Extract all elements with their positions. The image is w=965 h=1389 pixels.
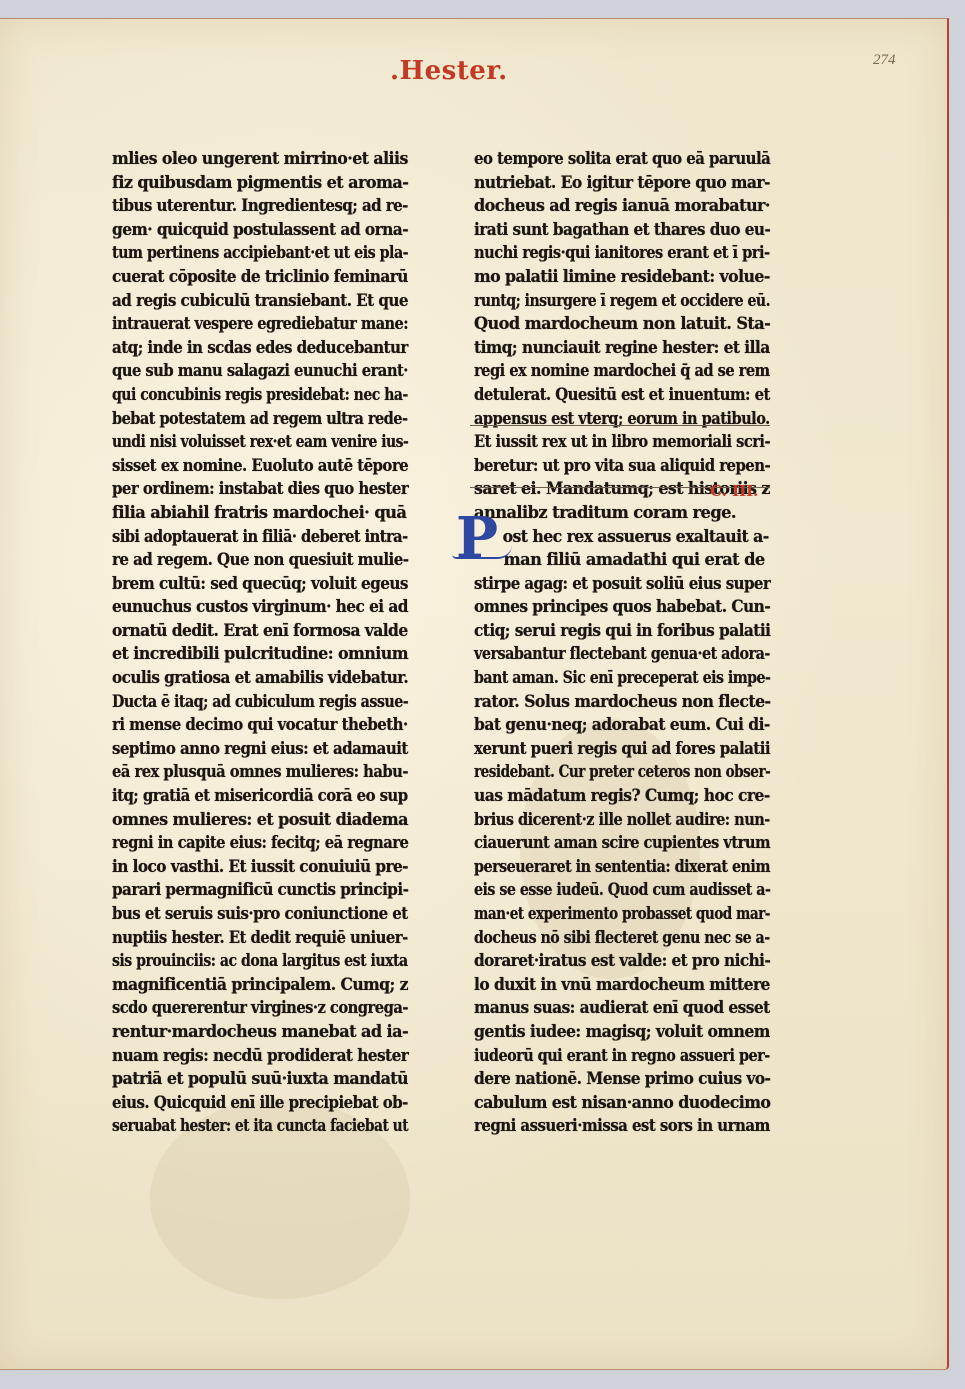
text-line: intrauerat vespere egrediebatur mane:: [112, 312, 375, 336]
text-line: docheus ad regis ianuā morabatur·: [474, 194, 766, 218]
text-line: man·et experimento probasset quod mar-: [474, 902, 721, 926]
text-line: ornatū dedit. Erat enī formosa valde: [112, 619, 394, 643]
text-line: residebant. Cur preter ceteros non obser…: [474, 760, 721, 784]
text-line: nuam regis: necdū prodiderat hester: [112, 1044, 390, 1068]
text-line: rentur·mardocheus manebat ad ia-: [112, 1020, 405, 1044]
text-line: eunuchus custos virginum· hec ei ad: [112, 595, 391, 619]
text-line: filia abiahil fratris mardochei· quā: [112, 501, 408, 525]
text-line: fiz quibusdam pigmentis et aroma-: [112, 171, 404, 195]
initial-flourish: [452, 545, 512, 559]
text-line: itq; gratiā et misericordiā corā eo sup: [112, 784, 383, 808]
text-line: stirpe agag: et posuit soliū eius super: [474, 572, 746, 596]
left-text-column: mlies oleo ungerent mirrino·et aliisfiz …: [112, 147, 412, 1138]
text-line: lo duxit in vnū mardocheum mittere: [474, 973, 756, 997]
text-line: doraret·iratus est valde: et pro nichi-: [474, 949, 752, 973]
text-line: undi nisi voluisset rex·et eam venire iu…: [112, 430, 366, 454]
right-text-column: eo tempore solita erat quo eā paruulānut…: [474, 147, 774, 1138]
text-line: re ad regem. Que non quesiuit mulie-: [112, 548, 385, 572]
text-line: eo tempore solita erat quo eā paruulā: [474, 147, 746, 171]
text-line: brem cultū: sed quecūq; voluit egeus: [112, 572, 389, 596]
text-line: appensus est vterq; eorum in patibulo.: [474, 407, 739, 431]
text-line: ad regis cubiculū transiebant. Et que: [112, 289, 388, 313]
text-line: ost hec rex assuerus exaltauit a-: [474, 525, 760, 549]
text-line: bant aman. Sic enī preceperat eis impe-: [474, 666, 731, 690]
text-line: patriā et populū suū·iuxta mandatū: [112, 1067, 400, 1091]
text-line: versabantur flectebant genua·et adora-: [474, 642, 735, 666]
text-line: gentis iudee: magisq; voluit omnem: [474, 1020, 760, 1044]
running-head: .Hester.: [390, 56, 508, 86]
text-line: rator. Solus mardocheus non flecte-: [474, 690, 761, 714]
text-line: dere nationē. Mense primo cuius vo-: [474, 1067, 754, 1091]
text-line: mo palatii limine residebant: volue-: [474, 265, 761, 289]
text-line: bebat potestatem ad regem ultra rede-: [112, 407, 375, 431]
text-line: nuchi regis·qui ianitores erant et ī pri…: [474, 241, 740, 265]
text-line: et incredibili pulcritudine: omnium: [112, 642, 401, 666]
text-line: sibi adoptauerat in filiā· deberet intra…: [112, 525, 378, 549]
text-line: regni in capite eius: fecitq; eā regnare: [112, 831, 380, 855]
text-line: parari permagnificū cunctis principi-: [112, 878, 388, 902]
text-line: eā rex plusquā omnes mulieres: habu-: [112, 760, 380, 784]
text-line: regni assueri·missa est sors in urnam: [474, 1114, 746, 1138]
text-line: eis se esse iudeū. Quod cum audisset a-: [474, 878, 733, 902]
text-line: Quod mardocheum non latuit. Sta-: [474, 312, 768, 336]
text-line: manus suas: audierat enī quod esset: [474, 996, 754, 1020]
text-line: timq; nunciauit regine hester: et illa: [474, 336, 755, 360]
text-line: irati sunt bagathan et thares duo eu-: [474, 218, 752, 242]
text-line: oculis gratiosa et amabilis videbatur.: [112, 666, 390, 690]
text-line: uas mādatum regis? Cumq; hoc cre-: [474, 784, 757, 808]
text-line: annalibz traditum coram rege.: [474, 501, 770, 525]
text-line: perseueraret in sententia: dixerat enim: [474, 855, 734, 879]
text-line: bus et seruis suis·pro coniunctione et: [112, 902, 384, 926]
text-line: tibus uterentur. Ingredientesq; ad re-: [112, 194, 385, 218]
text-line: docheus nō sibi flecteret genu nec se a-: [474, 926, 732, 950]
ruled-box-top: [470, 425, 770, 426]
text-line: Ducta ē itaq; ad cubiculum regis assue-: [112, 690, 371, 714]
text-line: ri mense decimo qui vocatur thebeth·: [112, 713, 384, 737]
text-line: seruabat hester: et ita cuncta faciebat …: [112, 1114, 363, 1138]
text-line: septimo anno regni eius: et adamauit: [112, 737, 385, 761]
text-line: per ordinem: instabat dies quo hester: [112, 477, 384, 501]
text-line: regi ex nomine mardochei q̄ ad se rem: [474, 359, 740, 383]
text-line: detulerat. Quesitū est et inuentum: et: [474, 383, 744, 407]
text-line: Et iussit rex ut in libro memoriali scri…: [474, 430, 741, 454]
text-line: nuptiis hester. Et dedit requiē uniuer-: [112, 926, 382, 950]
text-line: sis prouinciis: ac dona largitus est iux…: [112, 949, 369, 973]
text-line: bat genu·neq; adorabat eum. Cui di-: [474, 713, 757, 737]
text-line: beretur: ut pro vita sua aliquid repen-: [474, 454, 745, 478]
text-line: ctiq; serui regis qui in foribus palatii: [474, 619, 753, 643]
text-line: runtq; insurgere ī regem et occidere eū.: [474, 289, 729, 313]
text-line: sisset ex nomine. Euoluto autē tēpore: [112, 454, 384, 478]
text-line: mlies oleo ungerent mirrino·et aliis: [112, 147, 400, 171]
text-line: cuerat cōposite de triclinio feminarū: [112, 265, 390, 289]
text-line: xerunt pueri regis qui ad fores palatii: [474, 737, 747, 761]
text-line: cabulum est nisan·anno duodecimo: [474, 1091, 762, 1115]
text-line: ciauerunt aman scire cupientes vtrum: [474, 831, 742, 855]
text-line: omnes principes quos habebat. Cun-: [474, 595, 754, 619]
folio-number: 274: [873, 52, 896, 69]
text-line: brius dicerent·z ille nollet audire: nun…: [474, 808, 738, 832]
text-line: gem· quicquid postulassent ad orna-: [112, 218, 392, 242]
text-line: eius. Quicquid enī ille precipiebat ob-: [112, 1091, 384, 1115]
text-line: iudeorū qui erant in regno assueri per-: [474, 1044, 736, 1068]
text-line: qui concubinis regis presidebat: nec ha-: [112, 383, 367, 407]
text-line: in loco vasthi. Et iussit conuiuiū pre-: [112, 855, 390, 879]
text-line: omnes mulieres: et posuit diadema: [112, 808, 403, 832]
text-line: atq; inde in scdas edes deducebantur: [112, 336, 387, 360]
text-line: man filiū amadathi qui erat de: [474, 548, 770, 572]
text-line: nutriebat. Eo igitur tēpore quo mar-: [474, 171, 757, 195]
text-line: tum pertinens accipiebant·et ut eis pla-: [112, 241, 372, 265]
chapter-mark: C. III.: [710, 482, 758, 500]
text-line: que sub manu salagazi eunuchi erant·: [112, 359, 380, 383]
text-line: scdo quererentur virgines·z congrega-: [112, 996, 380, 1020]
text-line: magnificentiā principalem. Cumq; z: [112, 973, 397, 997]
